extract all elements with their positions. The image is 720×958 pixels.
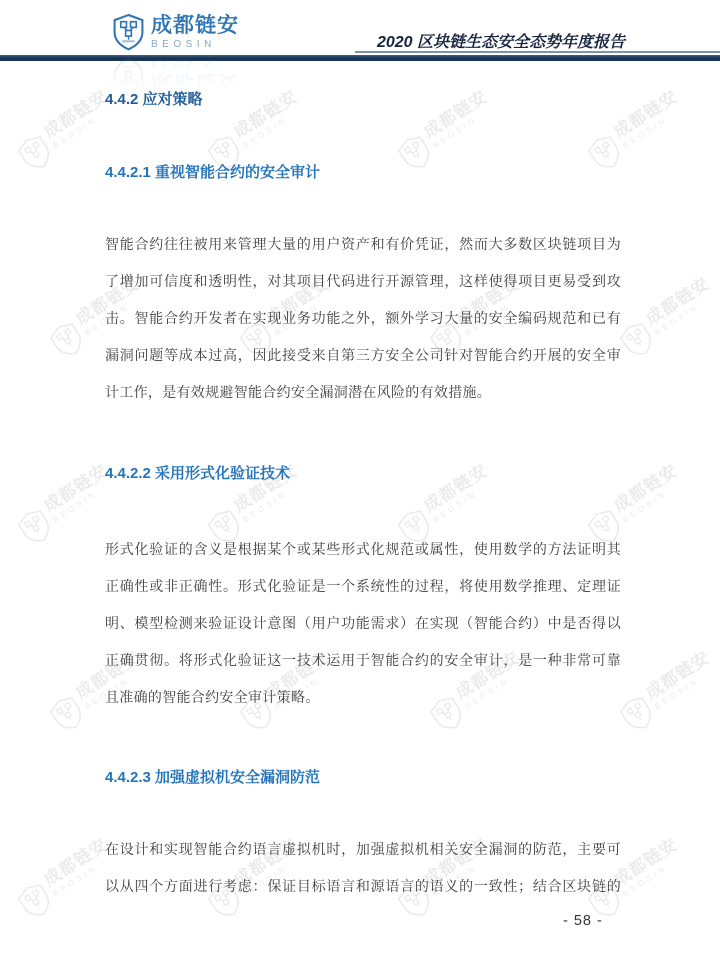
beosin-shield-icon xyxy=(112,13,145,51)
subsection-heading-3: 4.4.2.3 加强虚拟机安全漏洞防范 xyxy=(105,766,320,787)
paragraph-3: 在设计和实现智能合约语言虚拟机时，加强虚拟机相关安全漏洞的防范，主要可 以从四个… xyxy=(105,831,621,905)
paragraph-line: 了增加可信度和透明性，对其项目代码进行开源管理，这样使得项目更易受到攻 xyxy=(105,263,621,300)
report-title: 2020 区块链生态安全态势年度报告 xyxy=(377,29,625,52)
paragraph-line: 漏洞问题等成本过高，因此接受来自第三方安全公司针对智能合约开展的安全审 xyxy=(105,337,621,374)
beosin-logo: 成都链安 BEOSIN xyxy=(112,13,239,51)
page-body: 4.4.2 应对策略 4.4.2.1 重视智能合约的安全审计 智能合约往往被用来… xyxy=(0,0,720,958)
paragraph-line: 且准确的智能合约安全审计策略。 xyxy=(105,679,621,716)
paragraph-line: 击。智能合约开发者在实现业务功能之外，额外学习大量的安全编码规范和已有 xyxy=(105,300,621,337)
paragraph-line: 明、模型检测来验证设计意图（用户功能需求）在实现（智能合约）中是否得以 xyxy=(105,605,621,642)
paragraph-line: 以从四个方面进行考虑：保证目标语言和源语言的语义的一致性；结合区块链的 xyxy=(105,868,621,905)
beosin-shield-icon xyxy=(112,57,145,95)
subsection-heading-1: 4.4.2.1 重视智能合约的安全审计 xyxy=(105,161,320,182)
paragraph-1: 智能合约往往被用来管理大量的用户资产和有价凭证，然而大多数区块链项目为 了增加可… xyxy=(105,226,621,411)
paragraph-line: 正确贯彻。将形式化验证这一技术运用于智能合约的安全审计，是一种非常可靠 xyxy=(105,642,621,679)
header-divider-bar xyxy=(0,55,720,61)
subsection-heading-2: 4.4.2.2 采用形式化验证技术 xyxy=(105,462,290,483)
paragraph-line: 智能合约往往被用来管理大量的用户资产和有价凭证，然而大多数区块链项目为 xyxy=(105,226,621,263)
paragraph-2: 形式化验证的含义是根据某个或某些形式化规范或属性，使用数学的方法证明其 正确性或… xyxy=(105,531,621,716)
logo-reflection: 成都链安 BEOSIN xyxy=(112,57,239,95)
paragraph-line: 正确性或非正确性。形式化验证是一个系统性的过程，将使用数学推理、定理证 xyxy=(105,568,621,605)
report-page: 成都链安 BEOSIN 成都链安 BEOSIN 成都链安 BEOSIN 成都链安… xyxy=(0,0,720,958)
paragraph-line: 在设计和实现智能合约语言虚拟机时，加强虚拟机相关安全漏洞的防范，主要可 xyxy=(105,831,621,868)
paragraph-line: 形式化验证的含义是根据某个或某些形式化规范或属性，使用数学的方法证明其 xyxy=(105,531,621,568)
logo-name: 成都链安 xyxy=(151,14,239,38)
title-underline xyxy=(355,51,720,53)
paragraph-line: 计工作，是有效规避智能合约安全漏洞潜在风险的有效措施。 xyxy=(105,374,621,411)
logo-subtitle: BEOSIN xyxy=(151,58,239,69)
logo-subtitle: BEOSIN xyxy=(151,39,239,50)
logo-name: 成都链安 xyxy=(151,70,239,94)
page-header: 成都链安 BEOSIN 2020 区块链生态安全态势年度报告 成都链安 BEOS… xyxy=(0,0,720,100)
page-number: - 58 - xyxy=(563,913,603,929)
